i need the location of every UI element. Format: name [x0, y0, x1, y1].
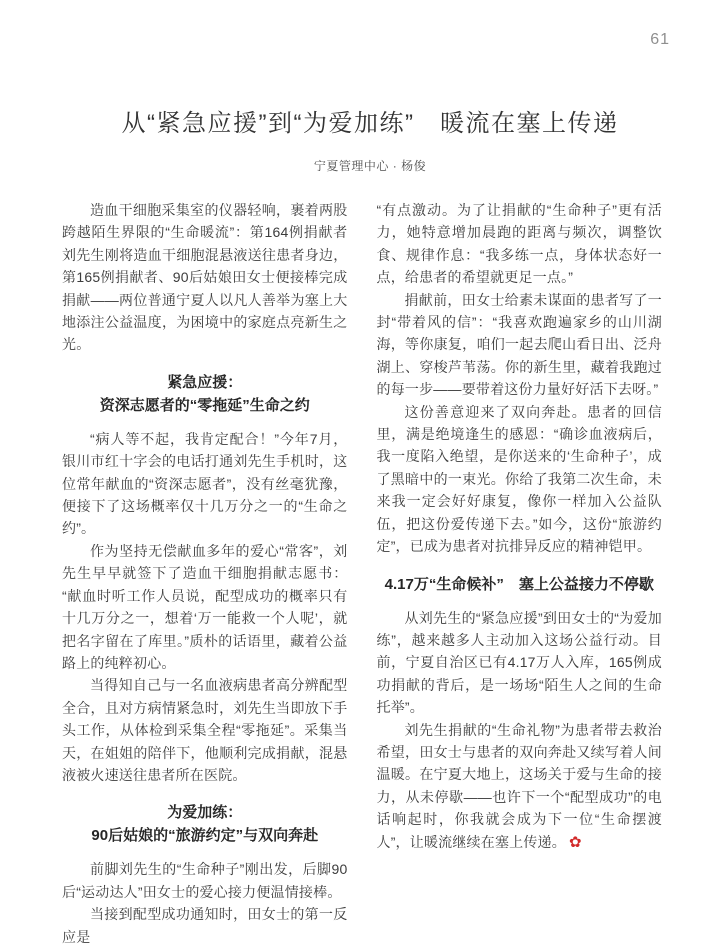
paragraph-text: 刘先生捐献的“生命礼物”为患者带去救治希望，田女士与患者的双向奔赴又续写着人间温… — [377, 722, 663, 850]
article-byline: 宁夏管理中心 · 杨俊 — [70, 157, 670, 174]
right-column: “有点激动。为了让捐献的“生命种子”更有活力，她特意增加晨跑的距离与频次，调整饮… — [377, 199, 663, 945]
article-body: 造血干细胞采集室的仪器轻响，裹着两股跨越陌生界限的“生命暖流”：第164例捐献者… — [62, 199, 662, 945]
heading-line: 为爱加练： — [62, 801, 348, 824]
end-flower-icon: ✿ — [569, 834, 582, 851]
paragraph: 前脚刘先生的“生命种子”刚出发，后脚90后“运动达人”田女士的爱心接力便温情接棒… — [62, 858, 348, 903]
page-number: 61 — [650, 31, 670, 49]
paragraph-continuation: “有点激动。为了让捐献的“生命种子”更有活力，她特意增加晨跑的距离与频次，调整饮… — [377, 199, 663, 289]
section-heading-training: 为爱加练： 90后姑娘的“旅游约定”与双向奔赴 — [62, 801, 348, 847]
paragraph: 当接到配型成功通知时，田女士的第一反应是 — [62, 903, 348, 945]
paragraph: 从刘先生的“紧急应援”到田女士的“为爱加练”，越来越多人主动加入这场公益行动。目… — [377, 607, 663, 719]
paragraph-intro: 造血干细胞采集室的仪器轻响，裹着两股跨越陌生界限的“生命暖流”：第164例捐献者… — [62, 199, 348, 356]
paragraph: 作为坚持无偿献血多年的爱心“常客”，刘先生早早就签下了造血干细胞捐献志愿书：“献… — [62, 540, 348, 674]
magazine-page: 61 从“紧急应援”到“为爱加练” 暖流在塞上传递 宁夏管理中心 · 杨俊 造血… — [0, 0, 718, 945]
left-column: 造血干细胞采集室的仪器轻响，裹着两股跨越陌生界限的“生命暖流”：第164例捐献者… — [62, 199, 348, 945]
section-heading-emergency: 紧急应援： 资深志愿者的“零拖延”生命之约 — [62, 371, 348, 417]
paragraph: 捐献前，田女士给素未谋面的患者写了一封“带着风的信”：“我喜欢跑遍家乡的山川湖海… — [377, 289, 663, 401]
heading-line: 紧急应援： — [62, 371, 348, 394]
heading-line: 资深志愿者的“零拖延”生命之约 — [62, 394, 348, 417]
heading-line: 4.17万“生命候补” 塞上公益接力不停歇 — [377, 573, 663, 596]
section-heading-relay: 4.17万“生命候补” 塞上公益接力不停歇 — [377, 573, 663, 596]
paragraph-closing: 刘先生捐献的“生命礼物”为患者带去救治希望，田女士与患者的双向奔赴又续写着人间温… — [377, 719, 663, 854]
paragraph: 这份善意迎来了双向奔赴。患者的回信里，满是绝境逢生的感恩：“确诊血液病后，我一度… — [377, 401, 663, 558]
heading-line: 90后姑娘的“旅游约定”与双向奔赴 — [62, 824, 348, 847]
article-title: 从“紧急应援”到“为爱加练” 暖流在塞上传递 — [70, 103, 670, 138]
paragraph: “病人等不起，我肯定配合！”今年7月，银川市红十字会的电话打通刘先生手机时，这位… — [62, 428, 348, 540]
paragraph: 当得知自己与一名血液病患者高分辨配型全合，且对方病情紧急时，刘先生当即放下手头工… — [62, 674, 348, 786]
